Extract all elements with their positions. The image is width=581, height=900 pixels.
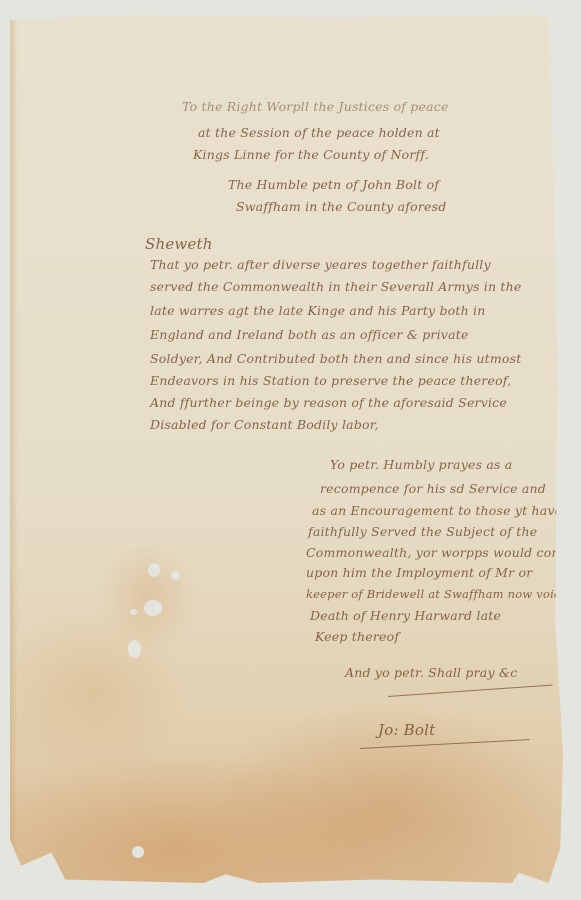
address-line-2: at the Session of the peace holden at (198, 125, 440, 140)
body-line-3: late warres agt the late Kinge and his P… (150, 303, 486, 318)
paper-hole (171, 571, 180, 580)
prayer-line-7: keeper of Bridewell at Swaffham now void… (306, 587, 581, 601)
paper-hole (130, 609, 137, 615)
paper-hole (132, 846, 144, 858)
manuscript-page: To the Right Worpll the Justices of peac… (10, 15, 563, 883)
body-line-7: And ffurther beinge by reason of the afo… (150, 395, 507, 410)
body-line-4: England and Ireland both as an officer &… (150, 327, 469, 342)
signature-underline (360, 739, 530, 749)
prayer-line-2: recompence for his sd Service and (320, 481, 546, 496)
petitioner-line-2: Swaffham in the County aforesd (236, 199, 446, 214)
body-line-5: Soldyer, And Contributed both then and s… (150, 351, 521, 366)
paper-edge-shading (10, 15, 18, 883)
address-line-1: To the Right Worpll the Justices of peac… (182, 99, 449, 114)
closing-line: And yo petr. Shall pray &c (345, 665, 517, 680)
paper-hole (144, 600, 162, 616)
body-line-6: Endeavors in his Station to preserve the… (150, 373, 511, 388)
flourish-rule (388, 684, 553, 697)
salutation: Sheweth (145, 235, 213, 253)
body-line-2: served the Commonwealth in their Several… (150, 279, 522, 294)
prayer-line-1: Yo petr. Humbly prayes as a (330, 457, 512, 472)
address-line-3: Kings Linne for the County of Norff. (193, 147, 429, 162)
body-line-1: That yo petr. after diverse yeares toget… (150, 257, 491, 272)
prayer-line-4: faithfully Served the Subject of the (308, 524, 537, 539)
petitioner-line-1: The Humble petn of John Bolt of (228, 177, 439, 192)
prayer-line-8: Death of Henry Harward late (310, 608, 501, 623)
prayer-line-9: Keep thereof (315, 629, 399, 644)
paper-hole (148, 563, 160, 577)
prayer-line-3: as an Encouragement to those yt have (312, 503, 562, 518)
signature: Jo: Bolt (378, 721, 435, 739)
prayer-line-6: upon him the Imployment of Mr or (306, 565, 532, 580)
paper-hole (128, 640, 141, 658)
body-line-8: Disabled for Constant Bodily labor, (150, 417, 379, 432)
prayer-line-5: Commonwealth, yor worpps would conferr (306, 545, 581, 560)
